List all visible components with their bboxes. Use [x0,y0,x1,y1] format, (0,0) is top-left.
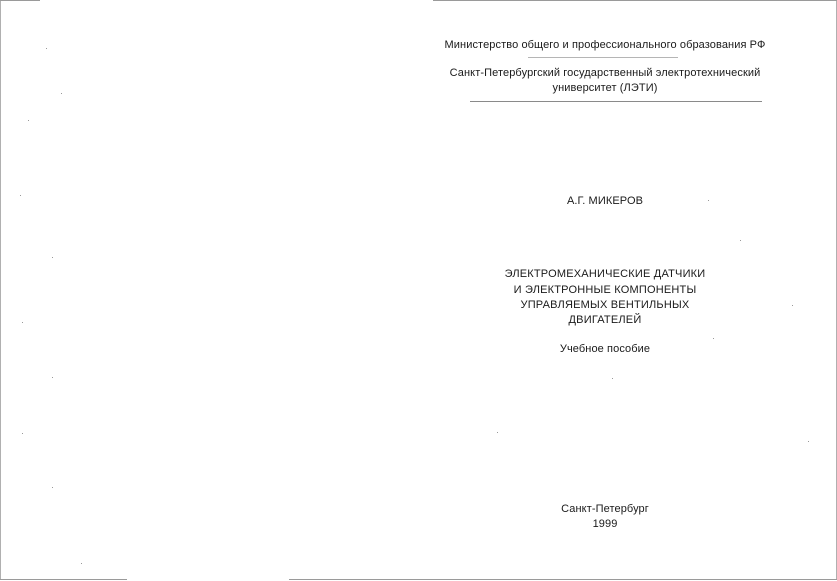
university-line-1: Санкт-Петербургский государственный элек… [430,67,780,79]
title-line-4: ДВИГАТЕЛЕЙ [430,312,780,328]
scan-edge-top-right [433,0,837,1]
scan-speck [46,48,47,49]
city: Санкт-Петербург [430,503,780,515]
ministry-line: Министерство общего и профессионального … [430,39,780,51]
scan-speck [52,257,53,258]
scan-speck [792,305,793,306]
scan-speck [740,240,741,241]
scan-speck [713,338,714,339]
scan-speck [20,195,21,196]
scan-speck [28,120,29,121]
scan-speck [497,432,498,433]
scan-speck [22,322,23,323]
scan-speck [808,441,809,442]
divider-short [528,57,678,58]
scan-speck [81,563,82,564]
title-line-3: УПРАВЛЯЕМЫХ ВЕНТИЛЬНЫХ [430,297,780,313]
document-type: Учебное пособие [430,343,780,355]
scan-edge-bottom-left [0,579,127,580]
divider-long [470,101,762,102]
title-line-1: ЭЛЕКТРОМЕХАНИЧЕСКИЕ ДАТЧИКИ [430,266,780,282]
scan-speck [61,93,62,94]
scan-edge-bottom-right [289,579,837,580]
author: А.Г. МИКЕРОВ [430,195,780,207]
year: 1999 [430,518,780,530]
university-line-2: университет (ЛЭТИ) [430,82,780,94]
scan-speck [22,433,23,434]
scan-speck [708,200,709,201]
scan-speck [52,487,53,488]
blank-left-page [1,1,416,578]
title-line-2: И ЭЛЕКТРОННЫЕ КОМПОНЕНТЫ [430,282,780,298]
scan-speck [52,377,53,378]
scan-speck [612,378,613,379]
